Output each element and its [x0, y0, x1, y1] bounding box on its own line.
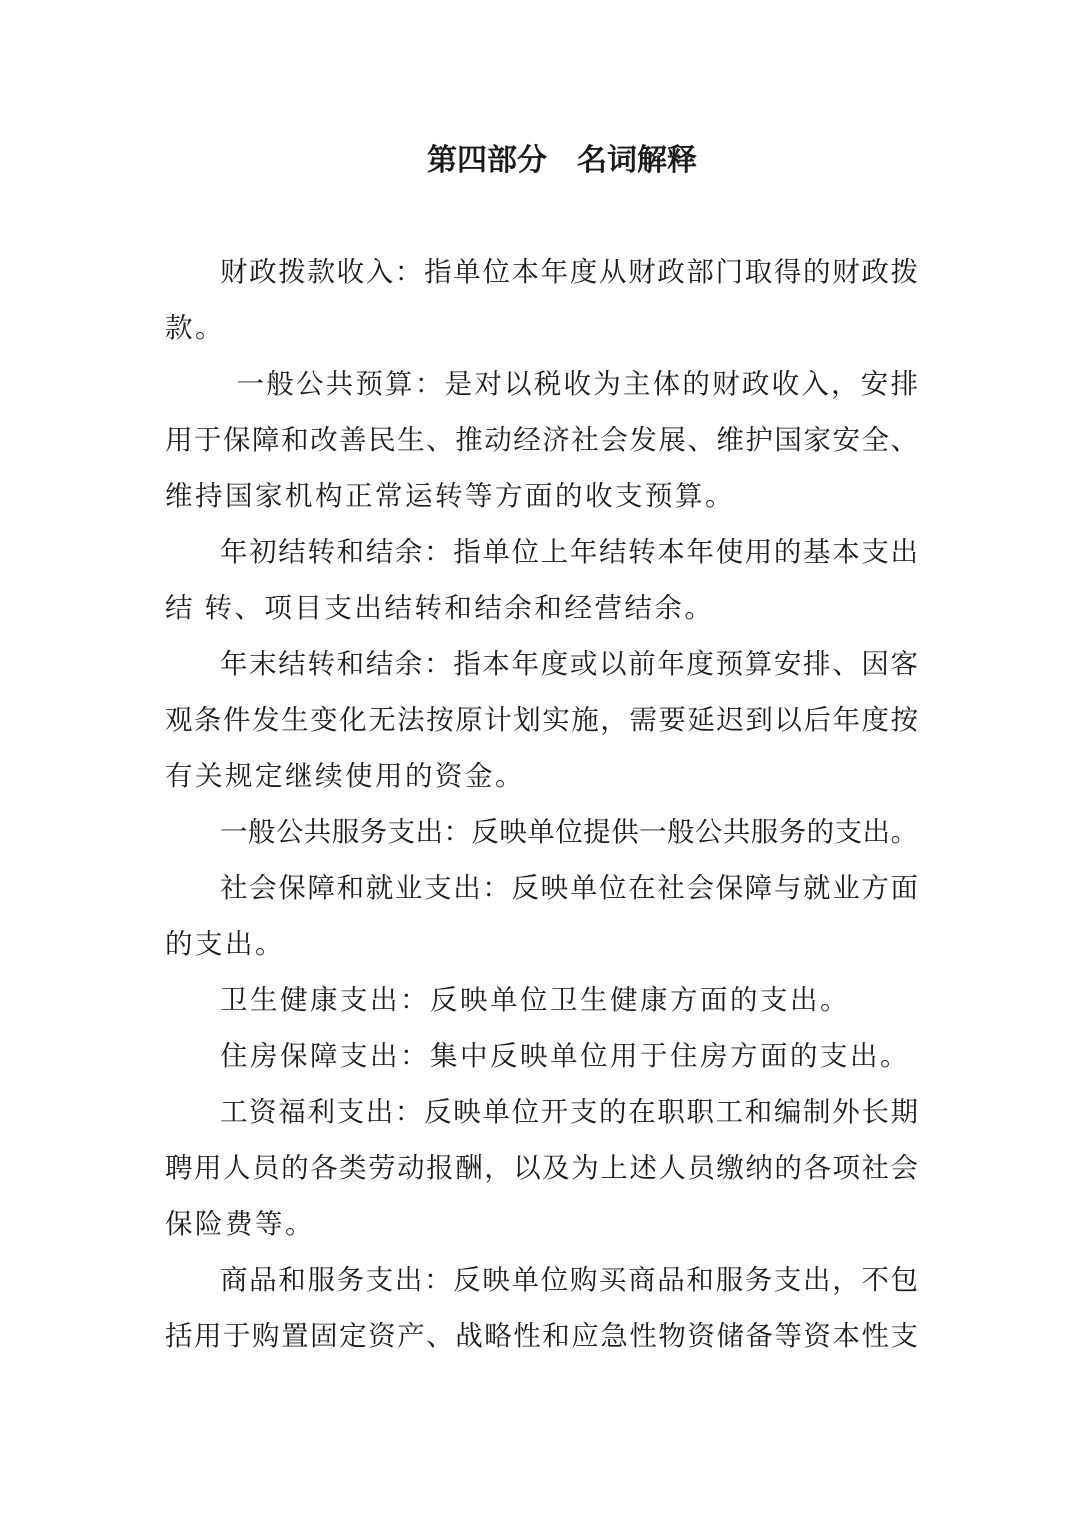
text-line: 一般公共预算：是对以税收为主体的财政收入，安排 [165, 356, 918, 412]
text-line: 年末结转和结余：指本年度或以前年度预算安排、因客 [165, 636, 918, 692]
text-line: 商品和服务支出：反映单位购买商品和服务支出，不包 [165, 1252, 918, 1308]
paragraph: 年末结转和结余：指本年度或以前年度预算安排、因客观条件发生变化无法按原计划实施，… [165, 636, 918, 804]
paragraph: 住房保障支出：集中反映单位用于住房方面的支出。 [165, 1028, 918, 1084]
text-line: 工资福利支出：反映单位开支的在职职工和编制外长期 [165, 1084, 918, 1140]
paragraph: 卫生健康支出：反映单位卫生健康方面的支出。 [165, 972, 918, 1028]
text-line: 一般公共服务支出：反映单位提供一般公共服务的支出。 [165, 804, 918, 860]
paragraph: 一般公共服务支出：反映单位提供一般公共服务的支出。 [165, 804, 918, 860]
text-line: 的支出。 [165, 916, 918, 972]
text-line: 年初结转和结余：指单位上年结转本年使用的基本支出 [165, 524, 918, 580]
paragraph: 一般公共预算：是对以税收为主体的财政收入，安排用于保障和改善民生、推动经济社会发… [165, 356, 918, 524]
text-line: 保险费等。 [165, 1196, 918, 1252]
text-line: 观条件发生变化无法按原计划实施，需要延迟到以后年度按 [165, 692, 918, 748]
text-line: 社会保障和就业支出：反映单位在社会保障与就业方面 [165, 860, 918, 916]
text-line: 用于保障和改善民生、推动经济社会发展、维护国家安全、 [165, 412, 918, 468]
text-line: 括用于购置固定资产、战略性和应急性物资储备等资本性支 [165, 1308, 918, 1364]
section-title: 第四部分 名词解释 [0, 141, 1074, 181]
text-line: 财政拨款收入：指单位本年度从财政部门取得的财政拨 [165, 244, 918, 300]
text-line: 有关规定继续使用的资金。 [165, 748, 918, 804]
paragraph: 财政拨款收入：指单位本年度从财政部门取得的财政拨款。 [165, 244, 918, 356]
paragraph: 年初结转和结余：指单位上年结转本年使用的基本支出结 转、项目支出结转和结余和经营… [165, 524, 918, 636]
text-line: 聘用人员的各类劳动报酬，以及为上述人员缴纳的各项社会 [165, 1140, 918, 1196]
text-line: 卫生健康支出：反映单位卫生健康方面的支出。 [165, 972, 918, 1028]
text-line: 住房保障支出：集中反映单位用于住房方面的支出。 [165, 1028, 918, 1084]
document-page: 第四部分 名词解释 财政拨款收入：指单位本年度从财政部门取得的财政拨款。一般公共… [0, 0, 1074, 1520]
text-line: 维持国家机构正常运转等方面的收支预算。 [165, 468, 918, 524]
text-line: 结 转、项目支出结转和结余和经营结余。 [165, 580, 918, 636]
paragraph: 商品和服务支出：反映单位购买商品和服务支出，不包括用于购置固定资产、战略性和应急… [165, 1252, 918, 1364]
paragraph: 工资福利支出：反映单位开支的在职职工和编制外长期聘用人员的各类劳动报酬，以及为上… [165, 1084, 918, 1252]
glossary-paragraphs: 财政拨款收入：指单位本年度从财政部门取得的财政拨款。一般公共预算：是对以税收为主… [165, 244, 918, 1364]
text-line: 款。 [165, 300, 918, 356]
paragraph: 社会保障和就业支出：反映单位在社会保障与就业方面的支出。 [165, 860, 918, 972]
